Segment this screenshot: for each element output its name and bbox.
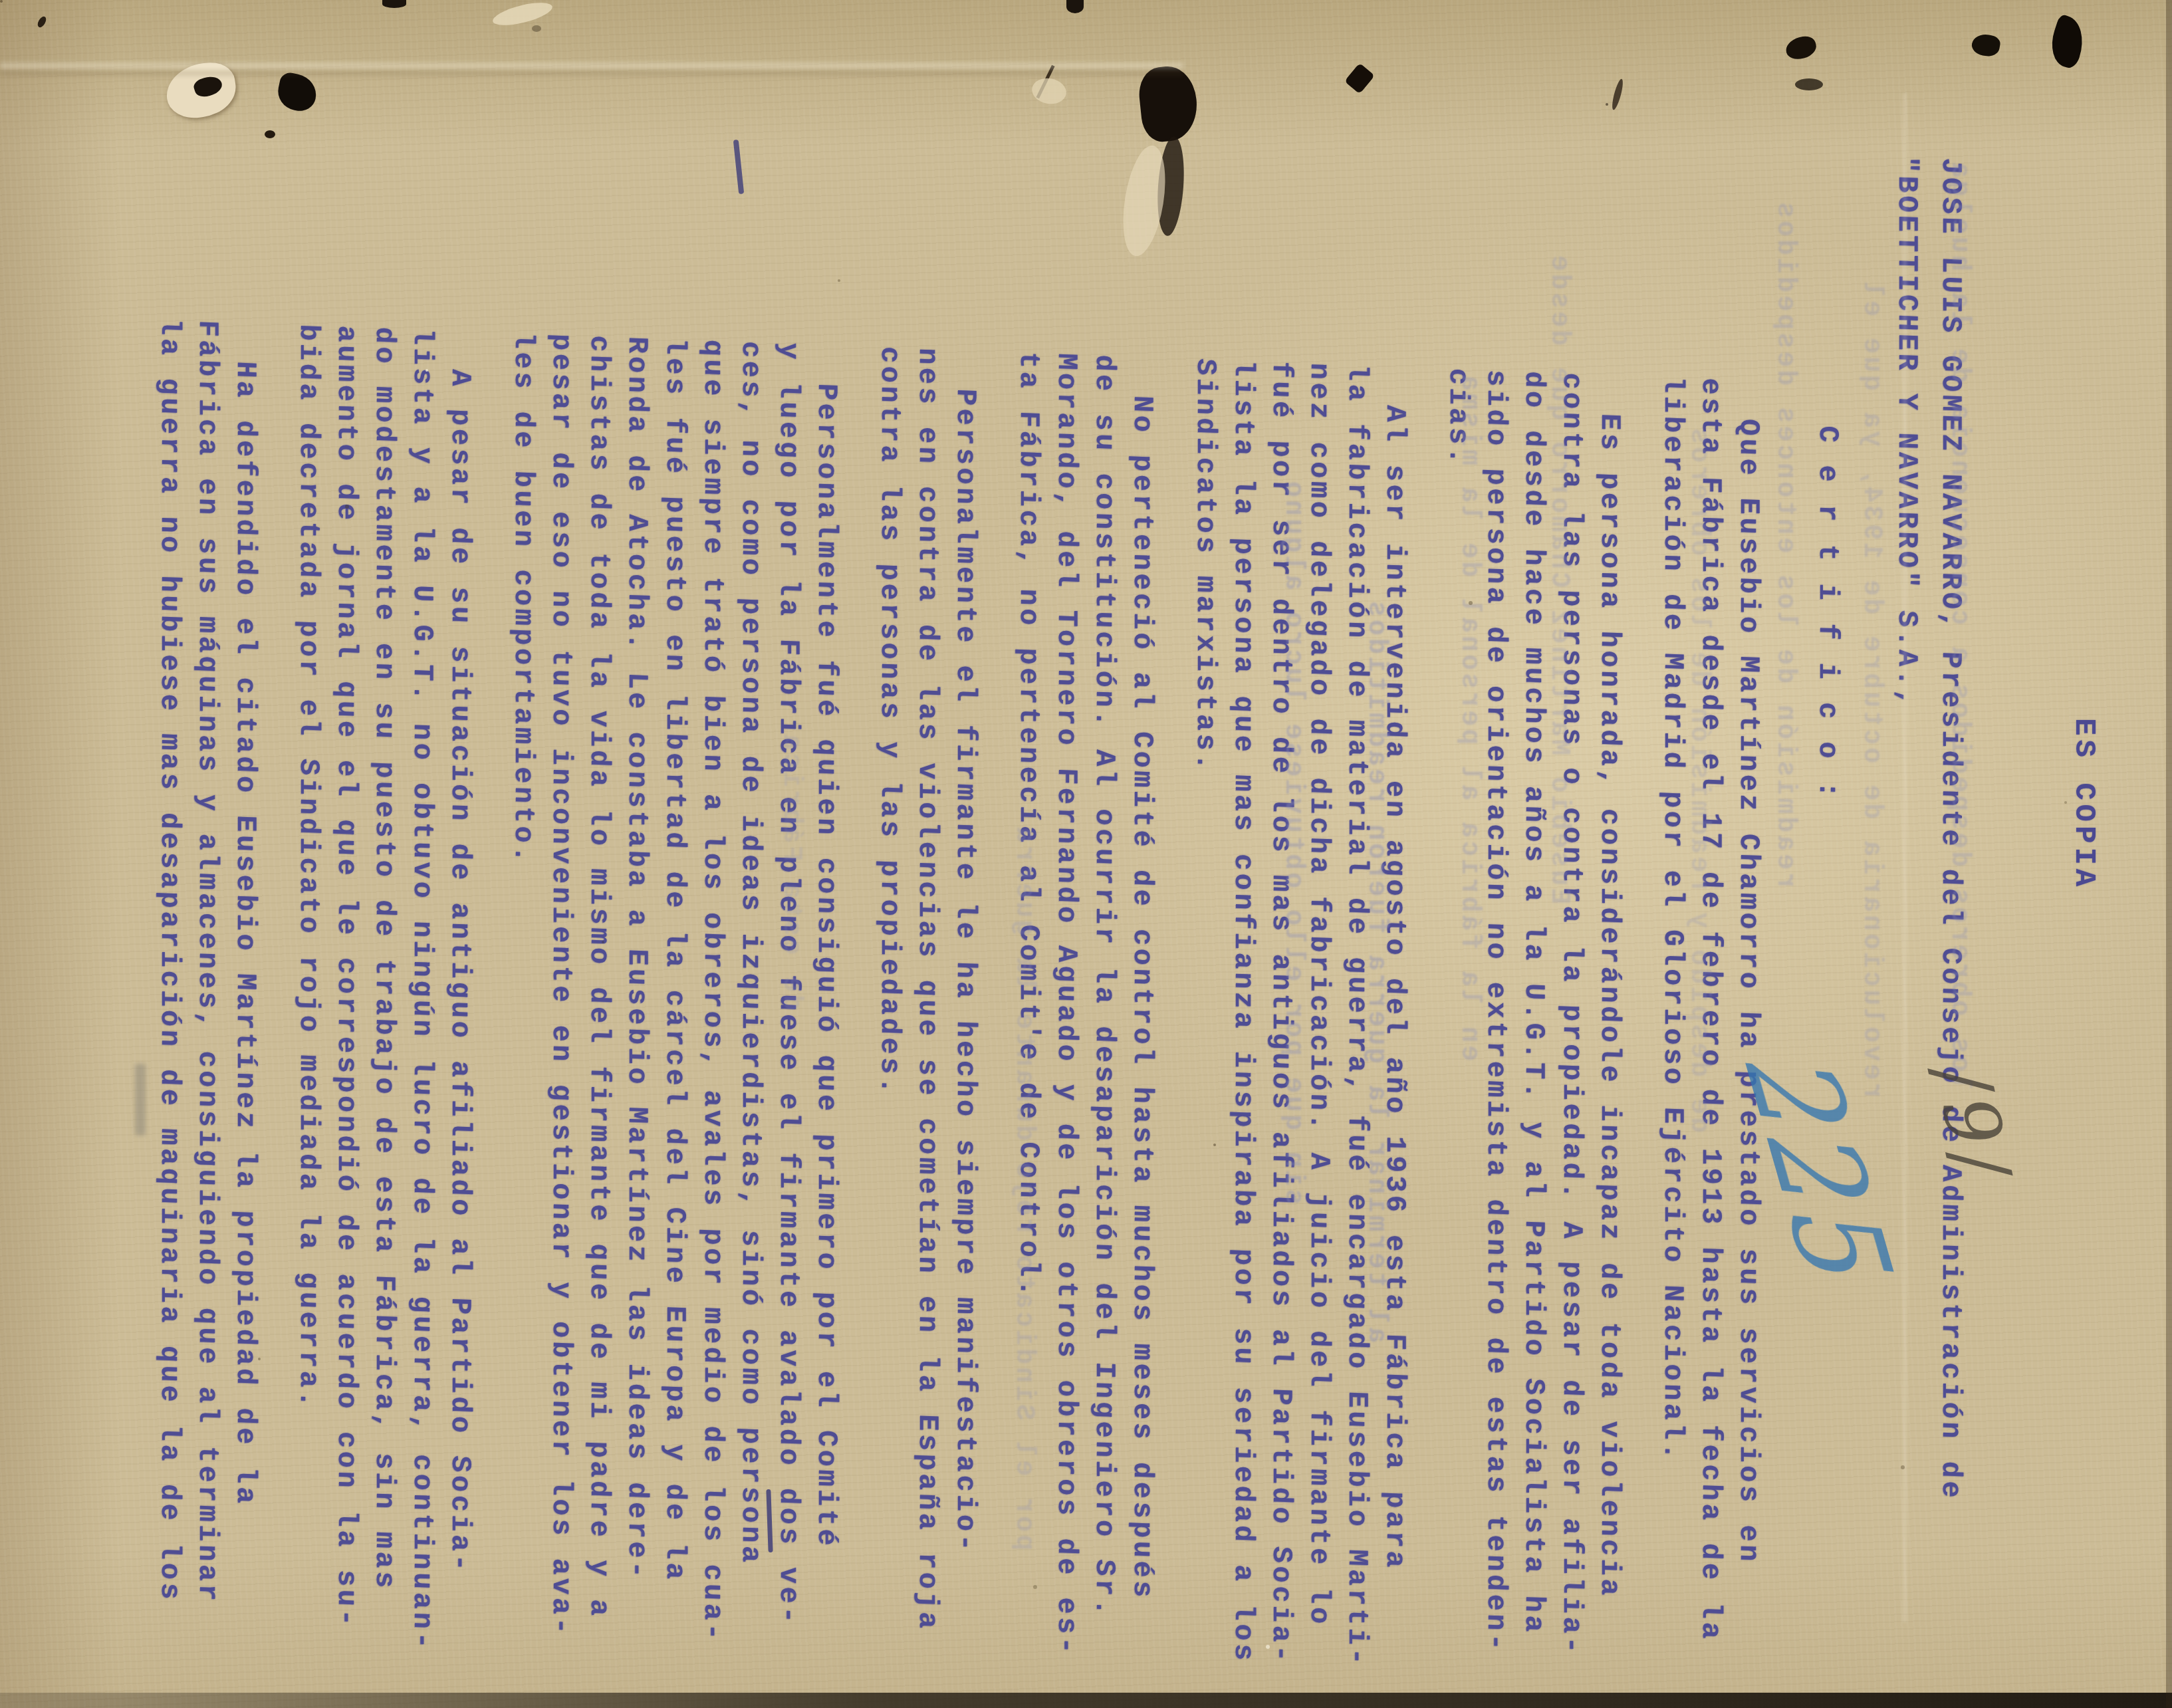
- paragraph-defensa-fabrica: Ha defendido el citado Eusebio Martínez …: [150, 318, 264, 1635]
- bleedthrough-line: revolucionaria de octubre de 1934, ya qu…: [1856, 279, 1886, 1098]
- scanned-document: ES COPIA JOSE LUIS GOMEZ NAVARRO, Presid…: [0, 0, 2172, 1708]
- speck-elongated: [1795, 78, 1823, 90]
- bleedthrough-line: los obreros despedidos a consecuencia de…: [1944, 160, 1974, 1090]
- bleedthrough-line: por el Sindicato rojo durante la guerra: [1009, 824, 1038, 1550]
- bleedthrough-line: de despido y readmisión de los obreros: [1683, 426, 1713, 1133]
- edge-nick: [382, 0, 406, 8]
- bleedthrough-line: Eusebio Martínez Chamorro que desde: [1544, 253, 1574, 904]
- edge-nick: [1066, 0, 1084, 13]
- bleedthrough-line: de esta Fábrica: [776, 731, 806, 1011]
- paragraph-sin-lucro: A pesar de su situación de antiguo afili…: [289, 323, 479, 1643]
- paragraph-manifestaciones: Personalmente el firmante le ha hecho si…: [870, 346, 984, 1663]
- speck: [265, 130, 275, 138]
- bleedthrough-line: al terminar la guerra fueron readmitidos: [1361, 598, 1391, 1343]
- bleedthrough-line: sin que por ello obtuviese lucro alguno: [1278, 479, 1308, 1205]
- bleedthrough-line: en la fábrica al personal de la misma: [1454, 372, 1484, 1061]
- typewritten-page: ES COPIA JOSE LUIS GOMEZ NAVARRO, Presid…: [0, 0, 2172, 1708]
- smudge-streak: [135, 1064, 146, 1136]
- speck: [532, 25, 541, 32]
- paper-flecks: [0, 0, 3, 3]
- bleedthrough-line: readmisión de los entonces despedidos: [1770, 199, 1800, 888]
